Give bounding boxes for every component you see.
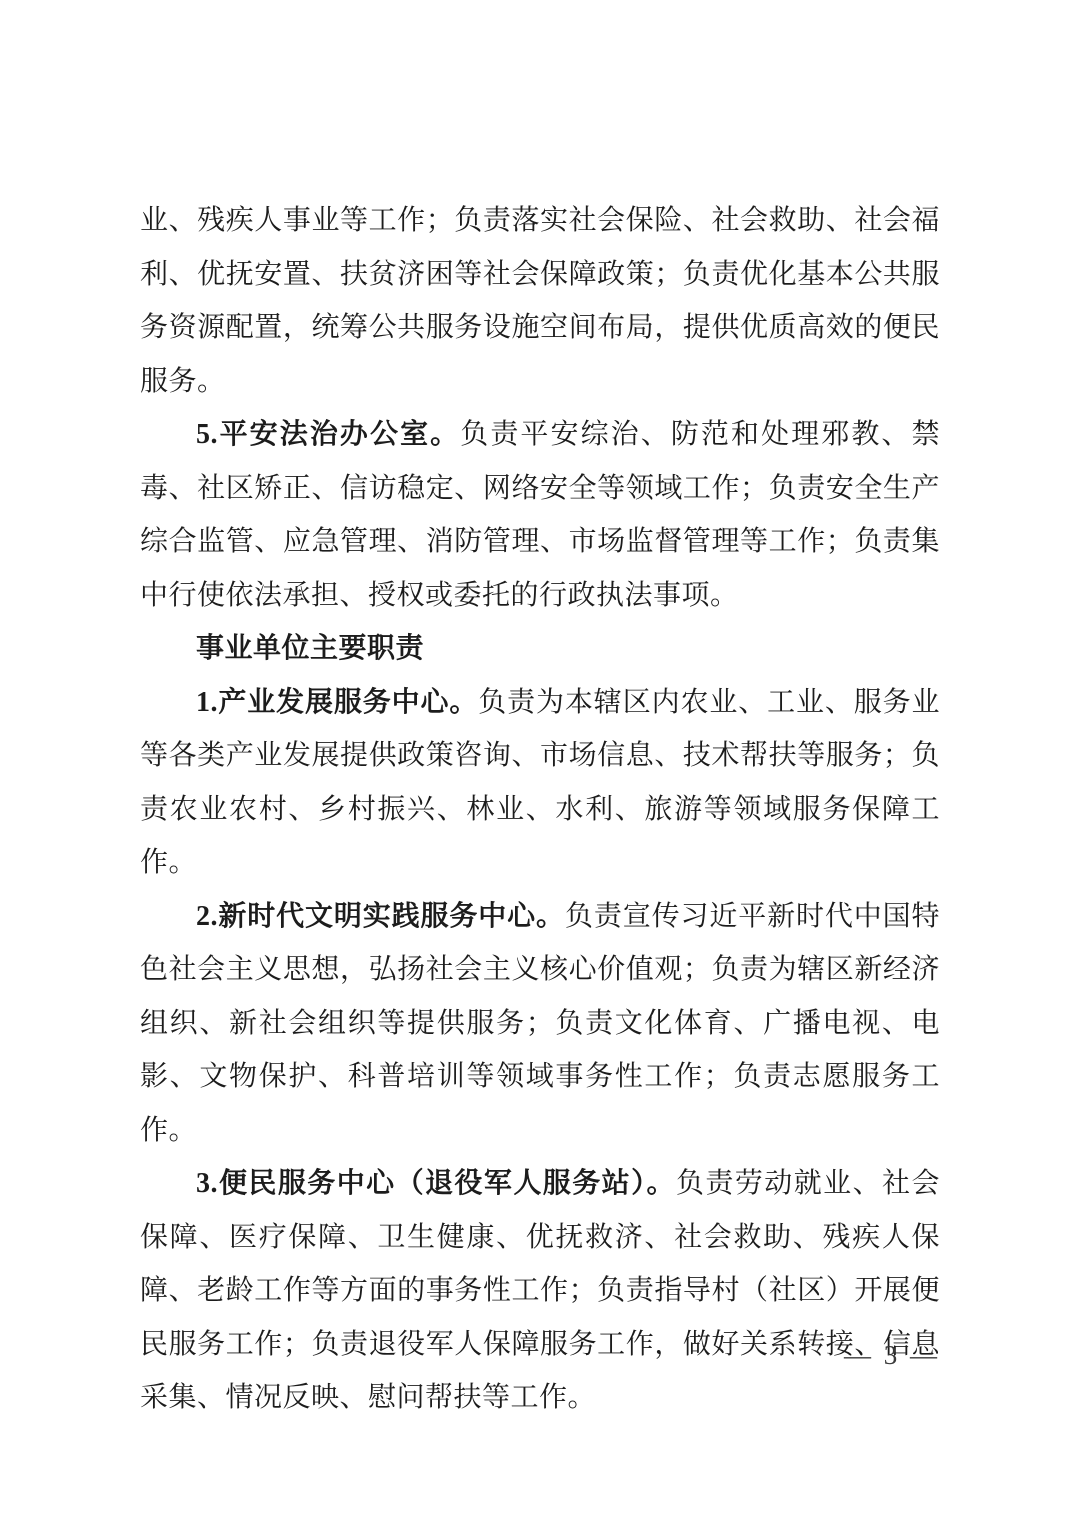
paragraph-bold-lead: 1.产业发展服务中心。 xyxy=(196,687,478,718)
paragraph-item-3: 3.便民服务中心（退役军人服务站）。负责劳动就业、社会保障、医疗保障、卫生健康、… xyxy=(140,1157,940,1425)
paragraph-item-1: 1.产业发展服务中心。负责为本辖区内农业、工业、服务业等各类产业发展提供政策咨询… xyxy=(140,676,940,890)
page-number: — 3 — xyxy=(844,1340,940,1371)
paragraph-bold-lead: 3.便民服务中心（退役军人服务站）。 xyxy=(196,1168,676,1199)
document-body: 业、残疾人事业等工作；负责落实社会保险、社会救助、社会福利、优抚安置、扶贫济困等… xyxy=(140,194,940,1425)
paragraph-text: 负责劳动就业、社会保障、医疗保障、卫生健康、优抚救济、社会救助、残疾人保障、老龄… xyxy=(140,1168,940,1413)
paragraph-item-2: 2.新时代文明实践服务中心。负责宣传习近平新时代中国特色社会主义思想，弘扬社会主… xyxy=(140,890,940,1158)
section-heading: 事业单位主要职责 xyxy=(140,622,940,676)
paragraph-bold-lead: 2.新时代文明实践服务中心。 xyxy=(196,901,565,932)
paragraph-text: 负责宣传习近平新时代中国特色社会主义思想，弘扬社会主义核心价值观；负责为辖区新经… xyxy=(140,901,940,1146)
paragraph-text: 业、残疾人事业等工作；负责落实社会保险、社会救助、社会福利、优抚安置、扶贫济困等… xyxy=(140,205,940,397)
document-page: 业、残疾人事业等工作；负责落实社会保险、社会救助、社会福利、优抚安置、扶贫济困等… xyxy=(0,0,1074,1520)
paragraph-continuation: 业、残疾人事业等工作；负责落实社会保险、社会救助、社会福利、优抚安置、扶贫济困等… xyxy=(140,194,940,408)
paragraph-bold-lead: 5.平安法治办公室。 xyxy=(196,419,460,450)
paragraph-item-5: 5.平安法治办公室。负责平安综治、防范和处理邪教、禁毒、社区矫正、信访稳定、网络… xyxy=(140,408,940,622)
